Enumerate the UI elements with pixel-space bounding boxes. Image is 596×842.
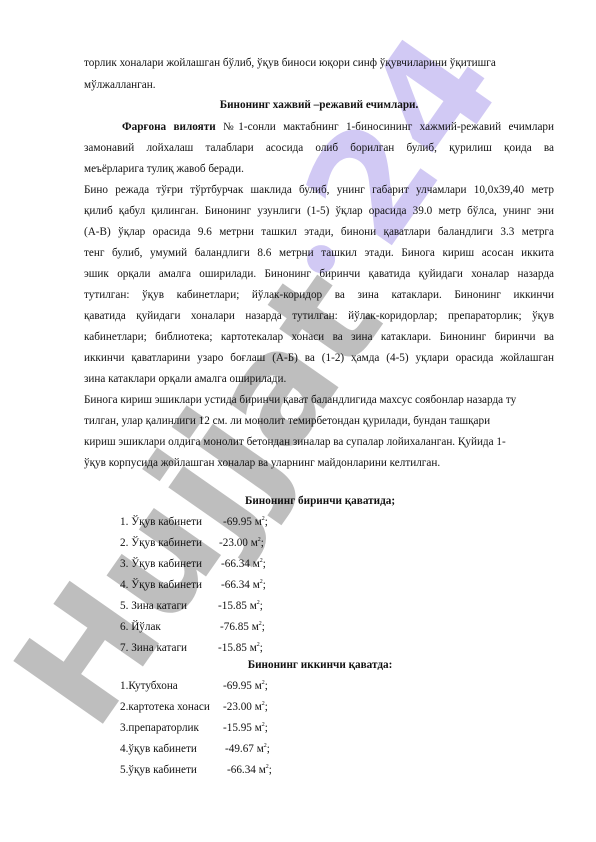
floor1-room: 2. Ўқув кабинети-23.00 м2; bbox=[120, 536, 202, 550]
section-heading: Бинонинг хажвий –режавий ечимлари. bbox=[84, 98, 554, 112]
room-area: -69.95 м2; bbox=[223, 679, 268, 693]
para2-line: (А-В) ўқлар орасида 9.6 метрни ташкил эт… bbox=[84, 225, 554, 239]
floor1-room: 6. Йўлак-76.85 м2; bbox=[120, 620, 161, 634]
para2-line: иккинчи қаватларини узаро боғлаш (А-Б) в… bbox=[84, 351, 554, 365]
para1-line-2: замонавий лойхалаш талаблари асосида оли… bbox=[84, 141, 554, 155]
para3-line: Бинога кириш эшиклари устида биринчи қав… bbox=[84, 393, 554, 407]
room-area: -76.85 м2; bbox=[220, 620, 265, 634]
room-name: 5.ўқув кабинети bbox=[120, 764, 197, 776]
intro-line-2: мўлжалланган. bbox=[84, 78, 554, 92]
room-name: 4.ўқув кабинети bbox=[120, 743, 197, 755]
para2-line: эшик орқали амалга оширилади. Бинонинг б… bbox=[84, 267, 554, 281]
para2-line: тенг булиб, умумий баландлиги 8.6 метрни… bbox=[84, 246, 554, 260]
room-name: 3. Ўқув кабинети bbox=[120, 558, 202, 570]
para1-line-3: меъёрларига тулиқ жавоб беради. bbox=[84, 162, 554, 176]
floor1-room: 5. Зина катаги-15.85 м2; bbox=[120, 599, 187, 613]
floor2-room: 1.Кутубхона-69.95 м2; bbox=[120, 679, 178, 693]
room-area: -15.85 м2; bbox=[218, 599, 263, 613]
floor2-heading: Бинонинг иккинчи қаватда: bbox=[110, 658, 530, 672]
room-name: 7. Зина катаги bbox=[120, 642, 187, 654]
room-area: -49.67 м2; bbox=[225, 742, 270, 756]
para2-line: қилиб қабул қилинган. Бинонинг узунлиги … bbox=[84, 204, 554, 218]
document-page: Hujjat 24 торлик хоналари жойлашган бўли… bbox=[0, 0, 596, 842]
room-area: -23.00 м2; bbox=[223, 700, 268, 714]
para3-line: ўқув корпусида жойлашган хоналар ва улар… bbox=[84, 456, 554, 470]
room-area: -66.34 м2; bbox=[227, 763, 272, 777]
room-name: 2.картотека хонаси bbox=[120, 701, 210, 713]
para2-line: қаватида қуйидаги хоналари назарда тутил… bbox=[84, 309, 554, 323]
region-name: Фарғона вилояти bbox=[122, 121, 216, 133]
floor1-room: 4. Ўқув кабинети-66.34 м2; bbox=[120, 578, 202, 592]
para2-line: кабинетлари; библиотека; картотекалар хо… bbox=[84, 330, 554, 344]
room-name: 1. Ўқув кабинети bbox=[120, 516, 202, 528]
room-area: -66.34 м2; bbox=[221, 578, 266, 592]
intro-line-1: торлик хоналари жойлашган бўлиб, ўқув би… bbox=[84, 56, 554, 70]
room-area: -66.34 м2; bbox=[221, 557, 266, 571]
floor2-room: 5.ўқув кабинети-66.34 м2; bbox=[120, 763, 197, 777]
room-name: 3.препараторлик bbox=[120, 722, 199, 734]
floor2-room: 3.препараторлик-15.95 м2; bbox=[120, 721, 199, 735]
para1-line-1: Фарғона вилояти №1-сонли мактабнинг 1-би… bbox=[84, 120, 554, 134]
floor2-room: 2.картотека хонаси-23.00 м2; bbox=[120, 700, 210, 714]
floor1-room: 7. Зина катаги-15.85 м2; bbox=[120, 641, 187, 655]
room-area: -15.85 м2; bbox=[218, 641, 263, 655]
room-name: 4. Ўқув кабинети bbox=[120, 579, 202, 591]
room-area: -15.95 м2; bbox=[223, 721, 268, 735]
para3-line: тилган, улар қалинлиги 12 см. ли монолит… bbox=[84, 414, 554, 428]
room-name: 1.Кутубхона bbox=[120, 680, 178, 692]
para2-line: тутилган: ўқув кабинетлари; йўлак-коридо… bbox=[84, 288, 554, 302]
para3-line: кириш эшиклари олдига монолит бетондан з… bbox=[84, 435, 554, 449]
floor1-heading: Бинонинг биринчи қаватида; bbox=[110, 494, 530, 508]
room-name: 2. Ўқув кабинети bbox=[120, 537, 202, 549]
room-area: -69.95 м2; bbox=[223, 515, 268, 529]
para1-line-1-text: №1-сонли мактабнинг 1-биносининг хажмий-… bbox=[216, 121, 554, 133]
room-name: 5. Зина катаги bbox=[120, 600, 187, 612]
para2-line: Бино режада тўғри тўртбурчак шаклида бул… bbox=[84, 183, 554, 197]
floor1-room: 1. Ўқув кабинети-69.95 м2; bbox=[120, 515, 202, 529]
room-name: 6. Йўлак bbox=[120, 621, 161, 633]
room-area: -23.00 м2; bbox=[219, 536, 264, 550]
para2-line: зина катаклари орқали амалга оширилади. bbox=[84, 372, 554, 386]
floor1-room: 3. Ўқув кабинети-66.34 м2; bbox=[120, 557, 202, 571]
floor2-room: 4.ўқув кабинети-49.67 м2; bbox=[120, 742, 197, 756]
